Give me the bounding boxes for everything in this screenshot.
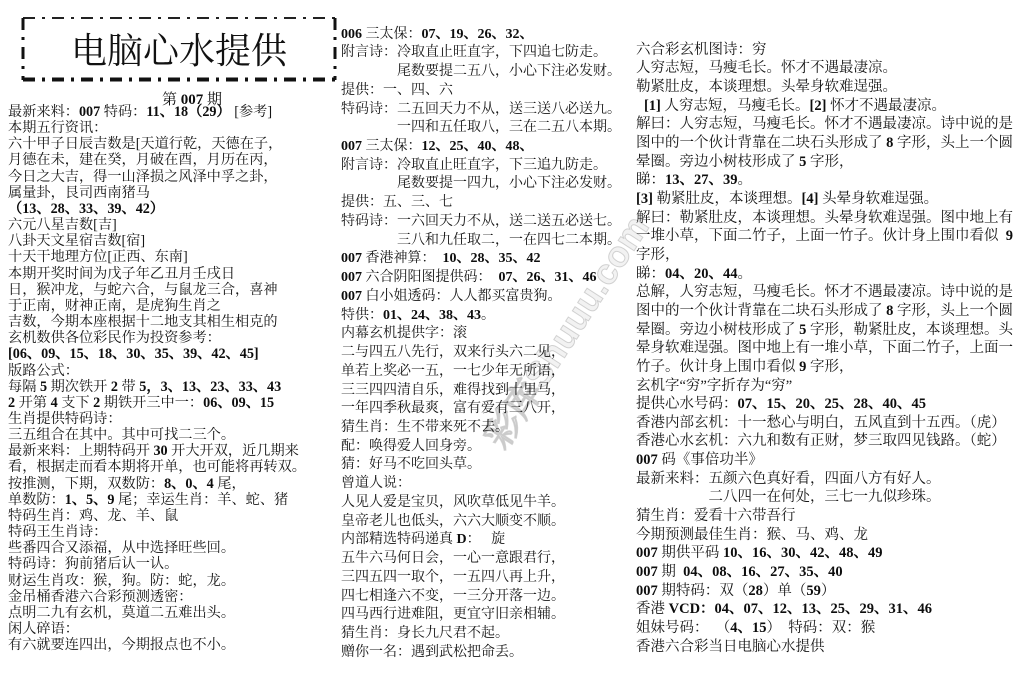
text-line: 闲人碎语： bbox=[8, 621, 306, 637]
body-text: 三八和九任取二，一在四七二本期。 bbox=[397, 233, 621, 248]
text-line: 尾数要提二五八，小心下注必发财。 bbox=[341, 63, 621, 82]
body-text: 勒紧肚皮，本谈理想。 bbox=[653, 191, 802, 207]
text-line: 晕身软难逞强。图中地上有一堆小草，下面二竹子，上面一 bbox=[636, 339, 1013, 358]
body-text: 特码诗：二五回天力不从，送三送八必送九。 bbox=[341, 102, 621, 117]
bold-number-text: [1] bbox=[644, 98, 661, 114]
bold-number-text: [4] bbox=[802, 191, 819, 207]
body-text: ）单（ bbox=[763, 583, 807, 599]
text-line: 些番四合又添福，从中选择旺些回。 bbox=[8, 540, 306, 556]
text-line: 最新来料：五颜六色真好看，四面八方有好人。 bbox=[636, 470, 1013, 489]
text-line: 特码诗：二五回天力不从，送三送八必送九。 bbox=[341, 101, 621, 120]
bold-number-text: VCD：04、07、12、13、25、29、31、46 bbox=[669, 601, 932, 617]
body-text: 最新来料： bbox=[8, 104, 79, 120]
text-line: 内幕玄机提供字：滚 bbox=[341, 325, 621, 344]
bold-number-text: 07、19、26、32、 bbox=[422, 27, 534, 42]
text-line: 一堆小草，下面二竹子，上面一竹子。伙计身上围巾看似 9 bbox=[636, 227, 1013, 246]
text-line: 本期五行资讯： bbox=[8, 120, 306, 136]
text-line: [3] 勒紧肚皮，本谈理想。[4] 头晕身软难逞强。 bbox=[636, 190, 1013, 209]
text-line: 007 六合阴阳图提供码： 07、26、31、46 bbox=[341, 269, 621, 288]
text-line: 二与四五八先行，双来行头六二见， bbox=[341, 344, 621, 363]
text-line: 007 期供平码 10、16、30、42、48、49 bbox=[636, 544, 1013, 563]
body-text: 。 bbox=[738, 172, 753, 188]
body-text: 最新来料：五颜六色真好看，四面八方有好人。 bbox=[636, 471, 941, 487]
text-line: 特码诗：狗前猪后认一认。 bbox=[8, 556, 306, 572]
body-text: 猜：好马不吃回头草。 bbox=[341, 457, 481, 472]
body-text: 曾道人说： bbox=[341, 476, 411, 491]
text-line: 特码生肖：鸡、龙、羊、鼠 bbox=[8, 508, 306, 524]
body-text: 皇帝老儿也低头，六六大顺变不顺。 bbox=[341, 514, 565, 529]
body-text: 于正南，财神正南，是虎狗生肖之 bbox=[8, 298, 221, 314]
body-text: 版路公式： bbox=[8, 363, 79, 379]
body-text: ） bbox=[821, 583, 836, 599]
body-text: 每隔 bbox=[8, 379, 40, 395]
body-text: 特码王生肖诗： bbox=[8, 524, 107, 540]
text-line: 007 香港神算： 10、28、35、42 bbox=[341, 250, 621, 269]
body-text: 闲人碎语： bbox=[8, 621, 79, 637]
body-text: 晕身软难逞强。图中地上有一堆小草，下面二竹子，上面一 bbox=[636, 340, 1013, 356]
text-line: 赠你一名：遇到武松把命丢。 bbox=[341, 644, 621, 663]
text-line: 尾数要提一四九，小心下注必发财。 bbox=[341, 175, 621, 194]
body-text: 香港内部玄机：十一愁心与明白，五风直到十五西。（虎） bbox=[636, 415, 1006, 431]
body-text: 人见人爱是宝贝，风吹草低见牛羊。 bbox=[341, 495, 565, 510]
body-text: 开第 bbox=[15, 395, 50, 411]
bold-number-text: 8、0、4 bbox=[164, 476, 214, 492]
body-text: 十天干地理方位[正西、东南] bbox=[8, 249, 188, 265]
bold-number-text: 5 bbox=[40, 379, 47, 395]
text-line: 按推测，下期，双数防：8、0、4 尾， bbox=[8, 476, 306, 492]
body-text: 图中的一个伙计背靠在二块石头形成了 bbox=[636, 135, 886, 151]
bold-number-text: 007 bbox=[636, 545, 658, 561]
text-line: 本期开奖时间为戊子年乙丑月壬戌日 bbox=[8, 266, 306, 282]
text-line: 十天干地理方位[正西、东南] bbox=[8, 249, 306, 265]
body-text: 带 bbox=[118, 379, 139, 395]
text-line: 单数防：1、5、9 尾；幸运生肖：羊、蛇、猪 bbox=[8, 492, 306, 508]
body-text: 四七相逢六不变，一三分开落一边。 bbox=[341, 589, 565, 604]
bold-number-text: 11、18（29） bbox=[146, 104, 230, 120]
body-text: 字形， bbox=[636, 247, 680, 263]
text-line: 睇：04、20、44。 bbox=[636, 265, 1013, 284]
body-text: 三三四四清自乐，难得找到十里马， bbox=[341, 383, 565, 398]
body-text: 八卦天文星宿吉数[宿] bbox=[8, 233, 145, 249]
text-line: 提供：五、三、七 bbox=[341, 194, 621, 213]
bold-number-text: 07、26、31、46 bbox=[499, 270, 597, 285]
left-column: 最新来料：007 特码：11、18（29） [参考]本期五行资讯：六十甲子日辰吉… bbox=[8, 104, 306, 653]
body-text: 一堆小草，下面二竹子，上面一竹子。伙计身上围巾看似 bbox=[636, 228, 1006, 244]
text-line: 解曰：勒紧肚皮，本谈理想。头晕身软难逞强。图中地上有 bbox=[636, 209, 1013, 228]
body-text: 香港六合彩当日电脑心水提供 bbox=[636, 639, 825, 655]
body-text: 人穷志短，马瘦毛长。怀才不遇最凄凉。 bbox=[636, 60, 897, 76]
bold-number-text: 28 bbox=[748, 583, 763, 599]
body-text: 五牛六马何日会，一心一意跟君行， bbox=[341, 551, 565, 566]
text-line: 配：唤得爱人回身旁。 bbox=[341, 438, 621, 457]
body-text: [参考] bbox=[231, 104, 272, 120]
body-text: 。 bbox=[481, 308, 495, 323]
text-line: 内部精选特码递真 D： 旋 bbox=[341, 531, 621, 550]
body-text: 特供： bbox=[341, 308, 383, 323]
text-line: [1] 人穷志短，马瘦毛长。[2] 怀才不遇最凄凉。 bbox=[636, 97, 1013, 116]
text-line: 图中的一个伙计背靠在二块石头形成了 8 字形，头上一个圆 bbox=[636, 134, 1013, 153]
text-line: 勒紧肚皮，本谈理想。头晕身软难逞强。 bbox=[636, 78, 1013, 97]
bold-number-text: 10、16、30、42、48、49 bbox=[723, 545, 883, 561]
body-text: 特码诗：狗前猪后认一认。 bbox=[8, 556, 178, 572]
text-line: 三八和九任取二，一在四七二本期。 bbox=[341, 232, 621, 251]
text-line: 007 期 04、08、16、27、35、40 bbox=[636, 563, 1013, 582]
text-line: 于正南，财神正南，是虎狗生肖之 bbox=[8, 298, 306, 314]
text-line: 金吊桶香港六合彩预测透密： bbox=[8, 589, 306, 605]
text-line: （13、28、33、39、42） bbox=[8, 201, 306, 217]
text-line: 附言诗：冷取直止旺直字，下三追九防走。 bbox=[341, 157, 621, 176]
text-line: 2 开第 4 支下 2 期铁开三中一：06、09、15 bbox=[8, 395, 306, 411]
bold-number-text: 13、27、39 bbox=[665, 172, 738, 188]
body-text: 字形，勒紧肚皮，本谈理想。头 bbox=[806, 322, 1013, 338]
body-text: 特码生肖：鸡、龙、羊、鼠 bbox=[8, 508, 178, 524]
body-text: 二八四一在何处，三七一九似珍珠。 bbox=[709, 489, 941, 505]
body-text: 白小姐透码：人人都买富贵狗。 bbox=[362, 289, 562, 304]
body-text: 香港神算： bbox=[362, 251, 443, 266]
bold-number-text: 04、08、16、27、35、40 bbox=[683, 564, 843, 580]
text-line: 晕圈。旁边小树枝形成了 5 字形， bbox=[636, 153, 1013, 172]
body-text: 尾， bbox=[214, 476, 246, 492]
text-line: 版路公式： bbox=[8, 363, 306, 379]
body-text: 四马西行进难阻，更宜守旧亲相辅。 bbox=[341, 607, 565, 622]
body-text: 二与四五八先行，双来行头六二见， bbox=[341, 345, 565, 360]
body-text: 六十甲子日辰吉数是[天道行乾，天德在子， bbox=[8, 136, 282, 152]
body-text: 晕圈。旁边小树枝形成了 bbox=[636, 154, 799, 170]
text-line: 属量卦，艮司西南猪马 bbox=[8, 185, 306, 201]
bold-number-text: [3] bbox=[636, 191, 653, 207]
body-text: 一四和五任取八，三在二五八本期。 bbox=[397, 120, 621, 135]
bold-number-text: D bbox=[457, 532, 467, 547]
bold-number-text: 2 bbox=[111, 379, 118, 395]
bold-number-text: 12、25、40、48、 bbox=[422, 139, 534, 154]
text-line: 猜生肖：身长九尺君不起。 bbox=[341, 625, 621, 644]
body-text: 勒紧肚皮，本谈理想。头晕身软难逞强。 bbox=[636, 79, 897, 95]
body-text: 三太保： bbox=[362, 27, 422, 42]
body-text: 晕圈。旁边小树枝形成了 bbox=[636, 322, 799, 338]
text-line: 竹子。伙计身上围巾看似 9 字形， bbox=[636, 358, 1013, 377]
text-line: 香港六合彩当日电脑心水提供 bbox=[636, 638, 1013, 657]
text-line: 总解，人穷志短，马瘦毛长。怀才不遇最凄凉。诗中说的是 bbox=[636, 283, 1013, 302]
text-line: 有六就要连四出，今期报点也不小。 bbox=[8, 637, 306, 653]
text-line: 姐妹号码： （4、15） 特码：双：猴 bbox=[636, 619, 1013, 638]
body-text: 字形，头上一个圆 bbox=[893, 303, 1013, 319]
body-text: 附言诗：冷取直止旺直字，下四追七防走。 bbox=[341, 45, 607, 60]
body-text: 期特码：双（ bbox=[658, 583, 749, 599]
body-text: 三五组合在其中。其中可找二三个。 bbox=[8, 427, 235, 443]
body-text: 猜生肖：身长九尺君不起。 bbox=[341, 626, 509, 641]
body-text: 尾；幸运生肖：羊、蛇、猪 bbox=[114, 492, 288, 508]
text-line: 最新来料：上期特码开 30 开大开双，近几期来 bbox=[8, 443, 306, 459]
text-line: 财运生肖攻：猴，狗。防：蛇，龙。 bbox=[8, 573, 306, 589]
body-text: 看，根据走而看本期将开单，也可能将再转双。 bbox=[8, 459, 306, 475]
body-text: 三太保： bbox=[362, 139, 422, 154]
bold-number-text: 007 bbox=[79, 104, 100, 120]
bold-number-text: 59 bbox=[806, 583, 821, 599]
bold-number-text: 007 bbox=[341, 251, 362, 266]
bold-number-text: 007 bbox=[341, 139, 362, 154]
text-line: [06、09、15、18、30、35、39、42、45] bbox=[8, 346, 306, 362]
text-line: 生肖提供特码诗： bbox=[8, 411, 306, 427]
text-line: 三四五四一取个，一五四八再上升， bbox=[341, 569, 621, 588]
text-line: 四马西行进难阻，更宜守旧亲相辅。 bbox=[341, 606, 621, 625]
text-line: 睇：13、27、39。 bbox=[636, 171, 1013, 190]
text-line: 香港内部玄机：十一愁心与明白，五风直到十五西。（虎） bbox=[636, 414, 1013, 433]
text-line: 皇帝老儿也低头，六六大顺变不顺。 bbox=[341, 513, 621, 532]
text-line: 猜：好马不吃回头草。 bbox=[341, 456, 621, 475]
body-text: 生肖提供特码诗： bbox=[8, 411, 122, 427]
bold-number-text: 04、20、44 bbox=[665, 266, 738, 282]
body-text: 期供平码 bbox=[658, 545, 723, 561]
body-text: 字形，头上一个圆 bbox=[893, 135, 1013, 151]
body-text: 附言诗：冷取直止旺直字，下三追九防走。 bbox=[341, 158, 607, 173]
text-line: 三三四四清自乐，难得找到十里马， bbox=[341, 382, 621, 401]
page-title: 电脑心水提供 bbox=[21, 31, 337, 71]
body-text: 期铁开三中一： bbox=[100, 395, 203, 411]
body-text: 解曰：人穷志短，马瘦毛长。怀才不遇最凄凉。诗中说的是 bbox=[636, 116, 1013, 132]
text-line: 007 三太保：12、25、40、48、 bbox=[341, 138, 621, 157]
text-line: 八卦天文星宿吉数[宿] bbox=[8, 233, 306, 249]
text-line: 字形， bbox=[636, 246, 1013, 265]
body-text: 金吊桶香港六合彩预测透密： bbox=[8, 589, 192, 605]
bold-number-text: 10、28、35、42 bbox=[443, 251, 541, 266]
body-text: 提供：一、四、六 bbox=[341, 83, 453, 98]
bold-number-text: 007 bbox=[636, 452, 658, 468]
middle-column: 006 三太保：07、19、26、32、附言诗：冷取直止旺直字，下四追七防走。尾… bbox=[341, 26, 621, 663]
text-line: 曾道人说： bbox=[341, 475, 621, 494]
text-line: 提供：一、四、六 bbox=[341, 82, 621, 101]
text-line: 单若上奖必一五，一七少年无所语， bbox=[341, 363, 621, 382]
text-line: 二八四一在何处，三七一九似珍珠。 bbox=[636, 488, 1013, 507]
text-line: 提供心水号码：07、15、20、25、28、40、45 bbox=[636, 395, 1013, 414]
document-page: 电脑心水提供 第 007 期 最新来料：007 特码：11、18（29） [参考… bbox=[0, 0, 1024, 683]
body-text: 字形， bbox=[806, 154, 853, 170]
body-text: 吉数，今期本座根据十二地支其相生相克的 bbox=[8, 314, 278, 330]
bold-number-text: 5，3、13、23、33、43 bbox=[139, 379, 281, 395]
body-text: 本期开奖时间为戊子年乙丑月壬戌日 bbox=[8, 266, 235, 282]
bold-number-text: 1、5、9 bbox=[65, 492, 115, 508]
text-line: 人穷志短，马瘦毛长。怀才不遇最凄凉。 bbox=[636, 59, 1013, 78]
text-line: 晕圈。旁边小树枝形成了 5 字形，勒紧肚皮，本谈理想。头 bbox=[636, 321, 1013, 340]
right-column: 六合彩玄机图诗：穷人穷志短，马瘦毛长。怀才不遇最凄凉。勒紧肚皮，本谈理想。头晕身… bbox=[636, 41, 1013, 657]
text-line: 007 白小姐透码：人人都买富贵狗。 bbox=[341, 288, 621, 307]
body-text: 日，猴冲龙，与蛇六合，与鼠龙三合，喜神 bbox=[8, 282, 278, 298]
text-line: 点明二九有玄机，莫道二五难出头。 bbox=[8, 605, 306, 621]
text-line: 附言诗：冷取直止旺直字，下四追七防走。 bbox=[341, 44, 621, 63]
body-text: 猜生肖：爱看十六带吾行 bbox=[636, 508, 796, 524]
text-line: 最新来料：007 特码：11、18（29） [参考] bbox=[8, 104, 306, 120]
text-line: 007 码《事倍功半》 bbox=[636, 451, 1013, 470]
body-text: 睇： bbox=[636, 266, 665, 282]
text-line: 图中的一个伙计背靠在二块石头形成了 8 字形，头上一个圆 bbox=[636, 302, 1013, 321]
body-text: 今日之大吉，得一山泽损之风泽中孚之卦， bbox=[8, 169, 278, 185]
body-text: 期 bbox=[658, 564, 683, 580]
body-text: 本期五行资讯： bbox=[8, 120, 107, 136]
text-line: 六元八星吉数[吉] bbox=[8, 217, 306, 233]
text-line: 香港心水玄机：六九和数有正财，梦三取四见钱路。（蛇） bbox=[636, 432, 1013, 451]
text-line: 三五组合在其中。其中可找二三个。 bbox=[8, 427, 306, 443]
bold-number-text: 30 bbox=[153, 443, 167, 459]
bold-number-text: 4 bbox=[51, 395, 58, 411]
text-line: 月德在未，建在癸，月破在酉，月历在丙， bbox=[8, 152, 306, 168]
title-box: 电脑心水提供 bbox=[21, 16, 337, 82]
body-text: 月德在未，建在癸，月破在酉，月历在丙， bbox=[8, 152, 278, 168]
text-line: 猜生肖：生不带来死不去。 bbox=[341, 419, 621, 438]
text-line: 四七相逢六不变，一三分开落一边。 bbox=[341, 588, 621, 607]
body-text: 尾数要提二五八，小心下注必发财。 bbox=[397, 64, 621, 79]
text-line: 特码王生肖诗： bbox=[8, 524, 306, 540]
bold-number-text: 01、24、38、43 bbox=[383, 308, 481, 323]
body-text: 睇： bbox=[636, 172, 665, 188]
body-text: 属量卦，艮司西南猪马 bbox=[8, 185, 150, 201]
body-text: 提供：五、三、七 bbox=[341, 195, 453, 210]
body-text: 一年四季秋最爽，富有爱有三八开， bbox=[341, 401, 565, 416]
body-text: 配：唤得爱人回身旁。 bbox=[341, 439, 481, 454]
text-line: 吉数，今期本座根据十二地支其相生相克的 bbox=[8, 314, 306, 330]
bold-number-text: 007 bbox=[341, 270, 362, 285]
body-text: 头晕身软难逞强。 bbox=[818, 191, 938, 207]
body-text: 特码： bbox=[100, 104, 146, 120]
body-text: 尾数要提一四九，小心下注必发财。 bbox=[397, 176, 621, 191]
text-line: 五牛六马何日会，一心一意跟君行， bbox=[341, 550, 621, 569]
text-line: 六十甲子日辰吉数是[天道行乾，天德在子， bbox=[8, 136, 306, 152]
body-text: 。 bbox=[738, 266, 753, 282]
body-text: 玄机字“穷”字折存为“穷” bbox=[636, 378, 792, 394]
body-text: 些番四合又添福，从中选择旺些回。 bbox=[8, 540, 235, 556]
bold-number-text: （13、28、33、39、42） bbox=[8, 201, 164, 217]
bold-number-text: [06、09、15、18、30、35、39、42、45] bbox=[8, 346, 259, 362]
body-text: 总解，人穷志短，马瘦毛长。怀才不遇最凄凉。诗中说的是 bbox=[636, 284, 1013, 300]
text-line: 007 期特码：双（28）单（59） bbox=[636, 582, 1013, 601]
bold-number-text: 007 bbox=[636, 583, 658, 599]
body-text: 姐妹号码： （ bbox=[636, 620, 730, 636]
body-text: 猜生肖：生不带来死不去。 bbox=[341, 420, 509, 435]
bold-number-text: 06、09、15 bbox=[203, 395, 274, 411]
body-text: 图中的一个伙计背靠在二块石头形成了 bbox=[636, 303, 886, 319]
body-text: 单数防： bbox=[8, 492, 65, 508]
bold-number-text: 007 bbox=[341, 289, 362, 304]
text-line: 六合彩玄机图诗：穷 bbox=[636, 41, 1013, 60]
body-text: 怀才不遇最凄凉。 bbox=[826, 98, 946, 114]
body-text: 提供心水号码： bbox=[636, 396, 738, 412]
text-line: 一年四季秋最爽，富有爱有三八开， bbox=[341, 400, 621, 419]
body-text: 点明二九有玄机，莫道二五难出头。 bbox=[8, 605, 235, 621]
body-text: 内部精选特码递真 bbox=[341, 532, 457, 547]
body-text: 支下 bbox=[58, 395, 93, 411]
body-text: 财运生肖攻：猴，狗。防：蛇，龙。 bbox=[8, 573, 235, 589]
bold-number-text: 006 bbox=[341, 27, 362, 42]
body-text: ） 特码：双：猴 bbox=[767, 620, 876, 636]
text-line: 猜生肖：爱看十六带吾行 bbox=[636, 507, 1013, 526]
body-text: 人穷志短，马瘦毛长。 bbox=[661, 98, 810, 114]
body-text: 特码诗：一六回天力不从，送二送五必送七。 bbox=[341, 214, 621, 229]
body-text: 六合彩玄机图诗：穷 bbox=[636, 42, 767, 58]
body-text: 赠你一名：遇到武松把命丢。 bbox=[341, 645, 523, 660]
body-text: 三四五四一取个，一五四八再上升， bbox=[341, 570, 565, 585]
text-line: 特供：01、24、38、43。 bbox=[341, 307, 621, 326]
body-text: 期次铁开 bbox=[47, 379, 111, 395]
text-line: 特码诗：一六回天力不从，送二送五必送七。 bbox=[341, 213, 621, 232]
body-text: 开大开双，近几期来 bbox=[168, 443, 299, 459]
body-text: 有六就要连四出，今期报点也不小。 bbox=[8, 637, 235, 653]
body-text: ： 旋 bbox=[467, 532, 506, 547]
body-text: 字形， bbox=[806, 359, 853, 375]
bold-number-text: 007 bbox=[636, 564, 658, 580]
text-line: 人见人爱是宝贝，风吹草低见牛羊。 bbox=[341, 494, 621, 513]
body-text: 码《事倍功半》 bbox=[658, 452, 763, 468]
text-line: 一四和五任取八，三在二五八本期。 bbox=[341, 119, 621, 138]
body-text: 内幕玄机提供字：滚 bbox=[341, 326, 467, 341]
body-text: 单若上奖必一五，一七少年无所语， bbox=[341, 364, 565, 379]
text-line: 006 三太保：07、19、26、32、 bbox=[341, 26, 621, 45]
body-text: 玄机数供各位彩民作为投资参考： bbox=[8, 330, 221, 346]
text-line: 玄机数供各位彩民作为投资参考： bbox=[8, 330, 306, 346]
body-text: 解曰：勒紧肚皮，本谈理想。头晕身软难逞强。图中地上有 bbox=[636, 210, 1013, 226]
body-text: 六合阴阳图提供码： bbox=[362, 270, 499, 285]
text-line: 今日之大吉，得一山泽损之风泽中孚之卦， bbox=[8, 169, 306, 185]
body-text: 香港心水玄机：六九和数有正财，梦三取四见钱路。（蛇） bbox=[636, 433, 1006, 449]
body-text: 六元八星吉数[吉] bbox=[8, 217, 117, 233]
text-line: 解曰：人穷志短，马瘦毛长。怀才不遇最凄凉。诗中说的是 bbox=[636, 115, 1013, 134]
text-line: 香港 VCD：04、07、12、13、25、29、31、46 bbox=[636, 600, 1013, 619]
bold-number-text: 07、15、20、25、28、40、45 bbox=[738, 396, 927, 412]
body-text: 竹子。伙计身上围巾看似 bbox=[636, 359, 799, 375]
bold-number-text: 9 bbox=[1006, 228, 1013, 244]
bold-number-text: [2] bbox=[810, 98, 827, 114]
text-line: 玄机字“穷”字折存为“穷” bbox=[636, 377, 1013, 396]
text-line: 日，猴冲龙，与蛇六合，与鼠龙三合，喜神 bbox=[8, 282, 306, 298]
text-line: 每隔 5 期次铁开 2 带 5，3、13、23、33、43 bbox=[8, 379, 306, 395]
body-text: 最新来料：上期特码开 bbox=[8, 443, 153, 459]
body-text: 今期预测最佳生肖：猴、马、鸡、龙 bbox=[636, 527, 868, 543]
body-text: 香港 bbox=[636, 601, 669, 617]
text-line: 今期预测最佳生肖：猴、马、鸡、龙 bbox=[636, 526, 1013, 545]
bold-number-text: 4、15 bbox=[730, 620, 766, 636]
body-text: 按推测，下期，双数防： bbox=[8, 476, 164, 492]
text-line: 看，根据走而看本期将开单，也可能将再转双。 bbox=[8, 459, 306, 475]
